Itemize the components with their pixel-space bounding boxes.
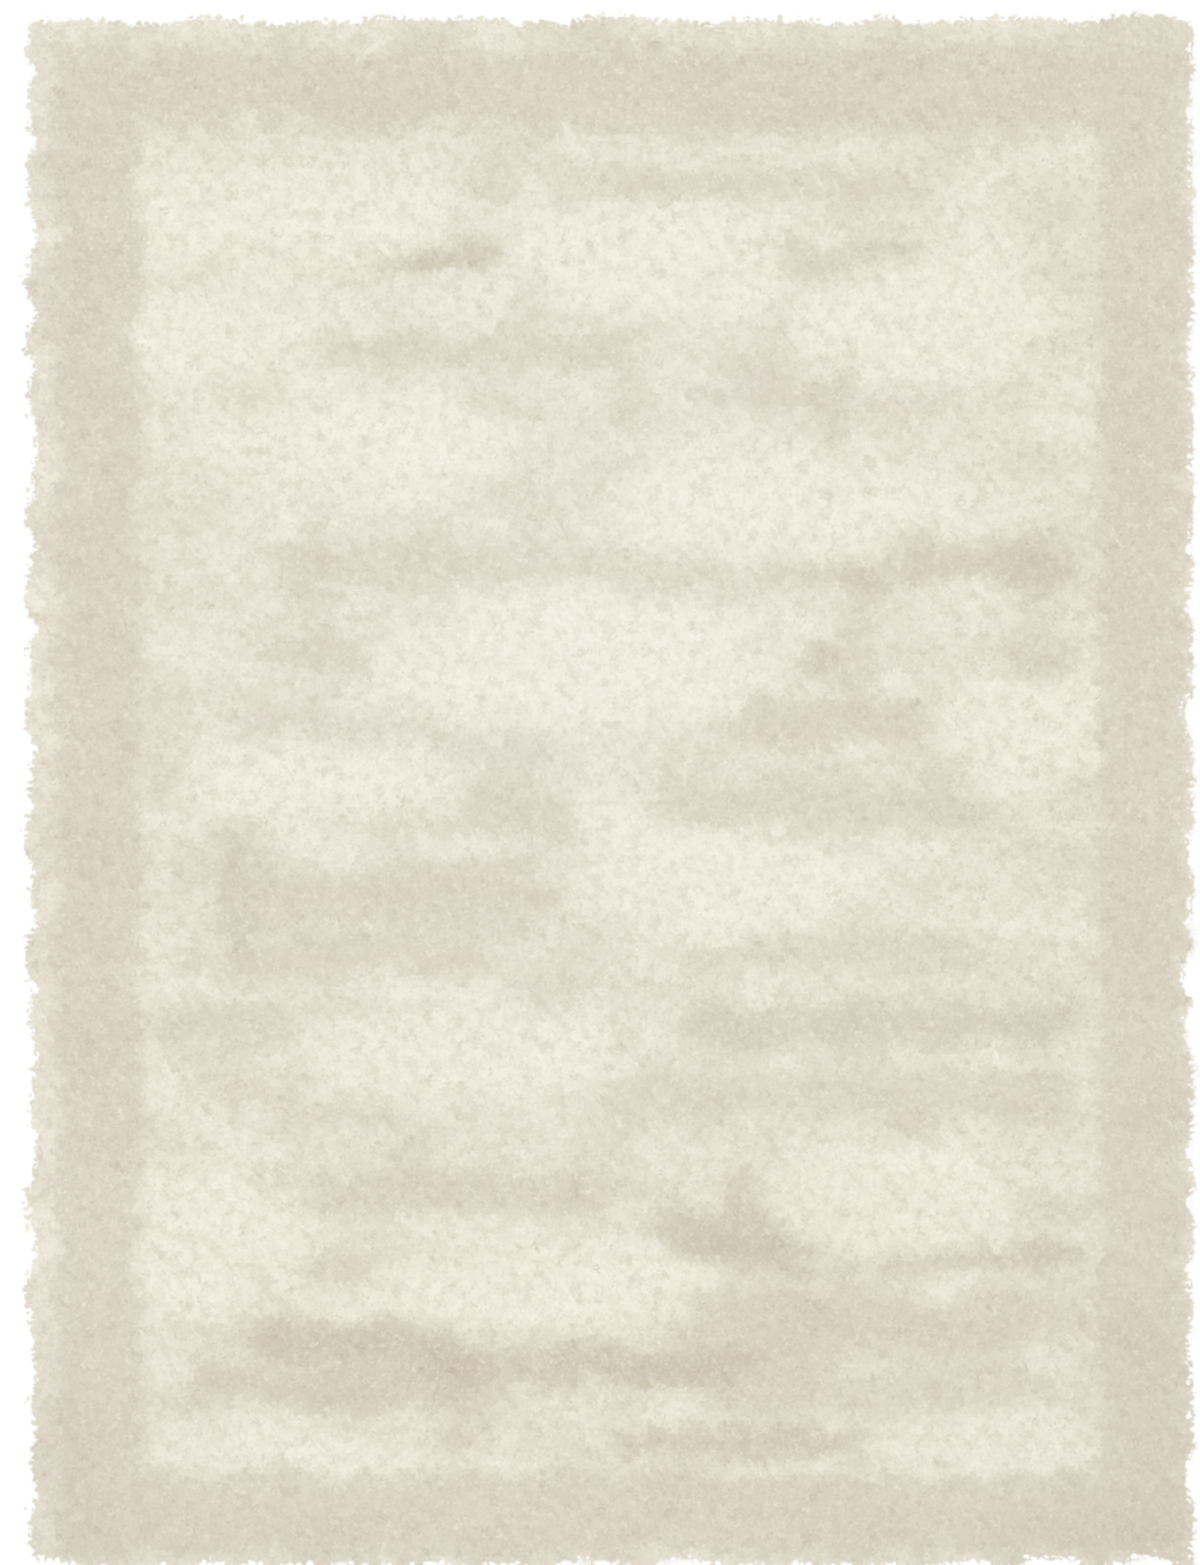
rug	[15, 10, 1180, 1554]
page: { "image": { "kind": "product-photograph…	[0, 0, 1200, 1565]
rug-lighting-overlay	[22, 10, 1180, 1554]
rug-photo-svg	[0, 0, 1200, 1565]
rug-photo	[0, 0, 1200, 1565]
